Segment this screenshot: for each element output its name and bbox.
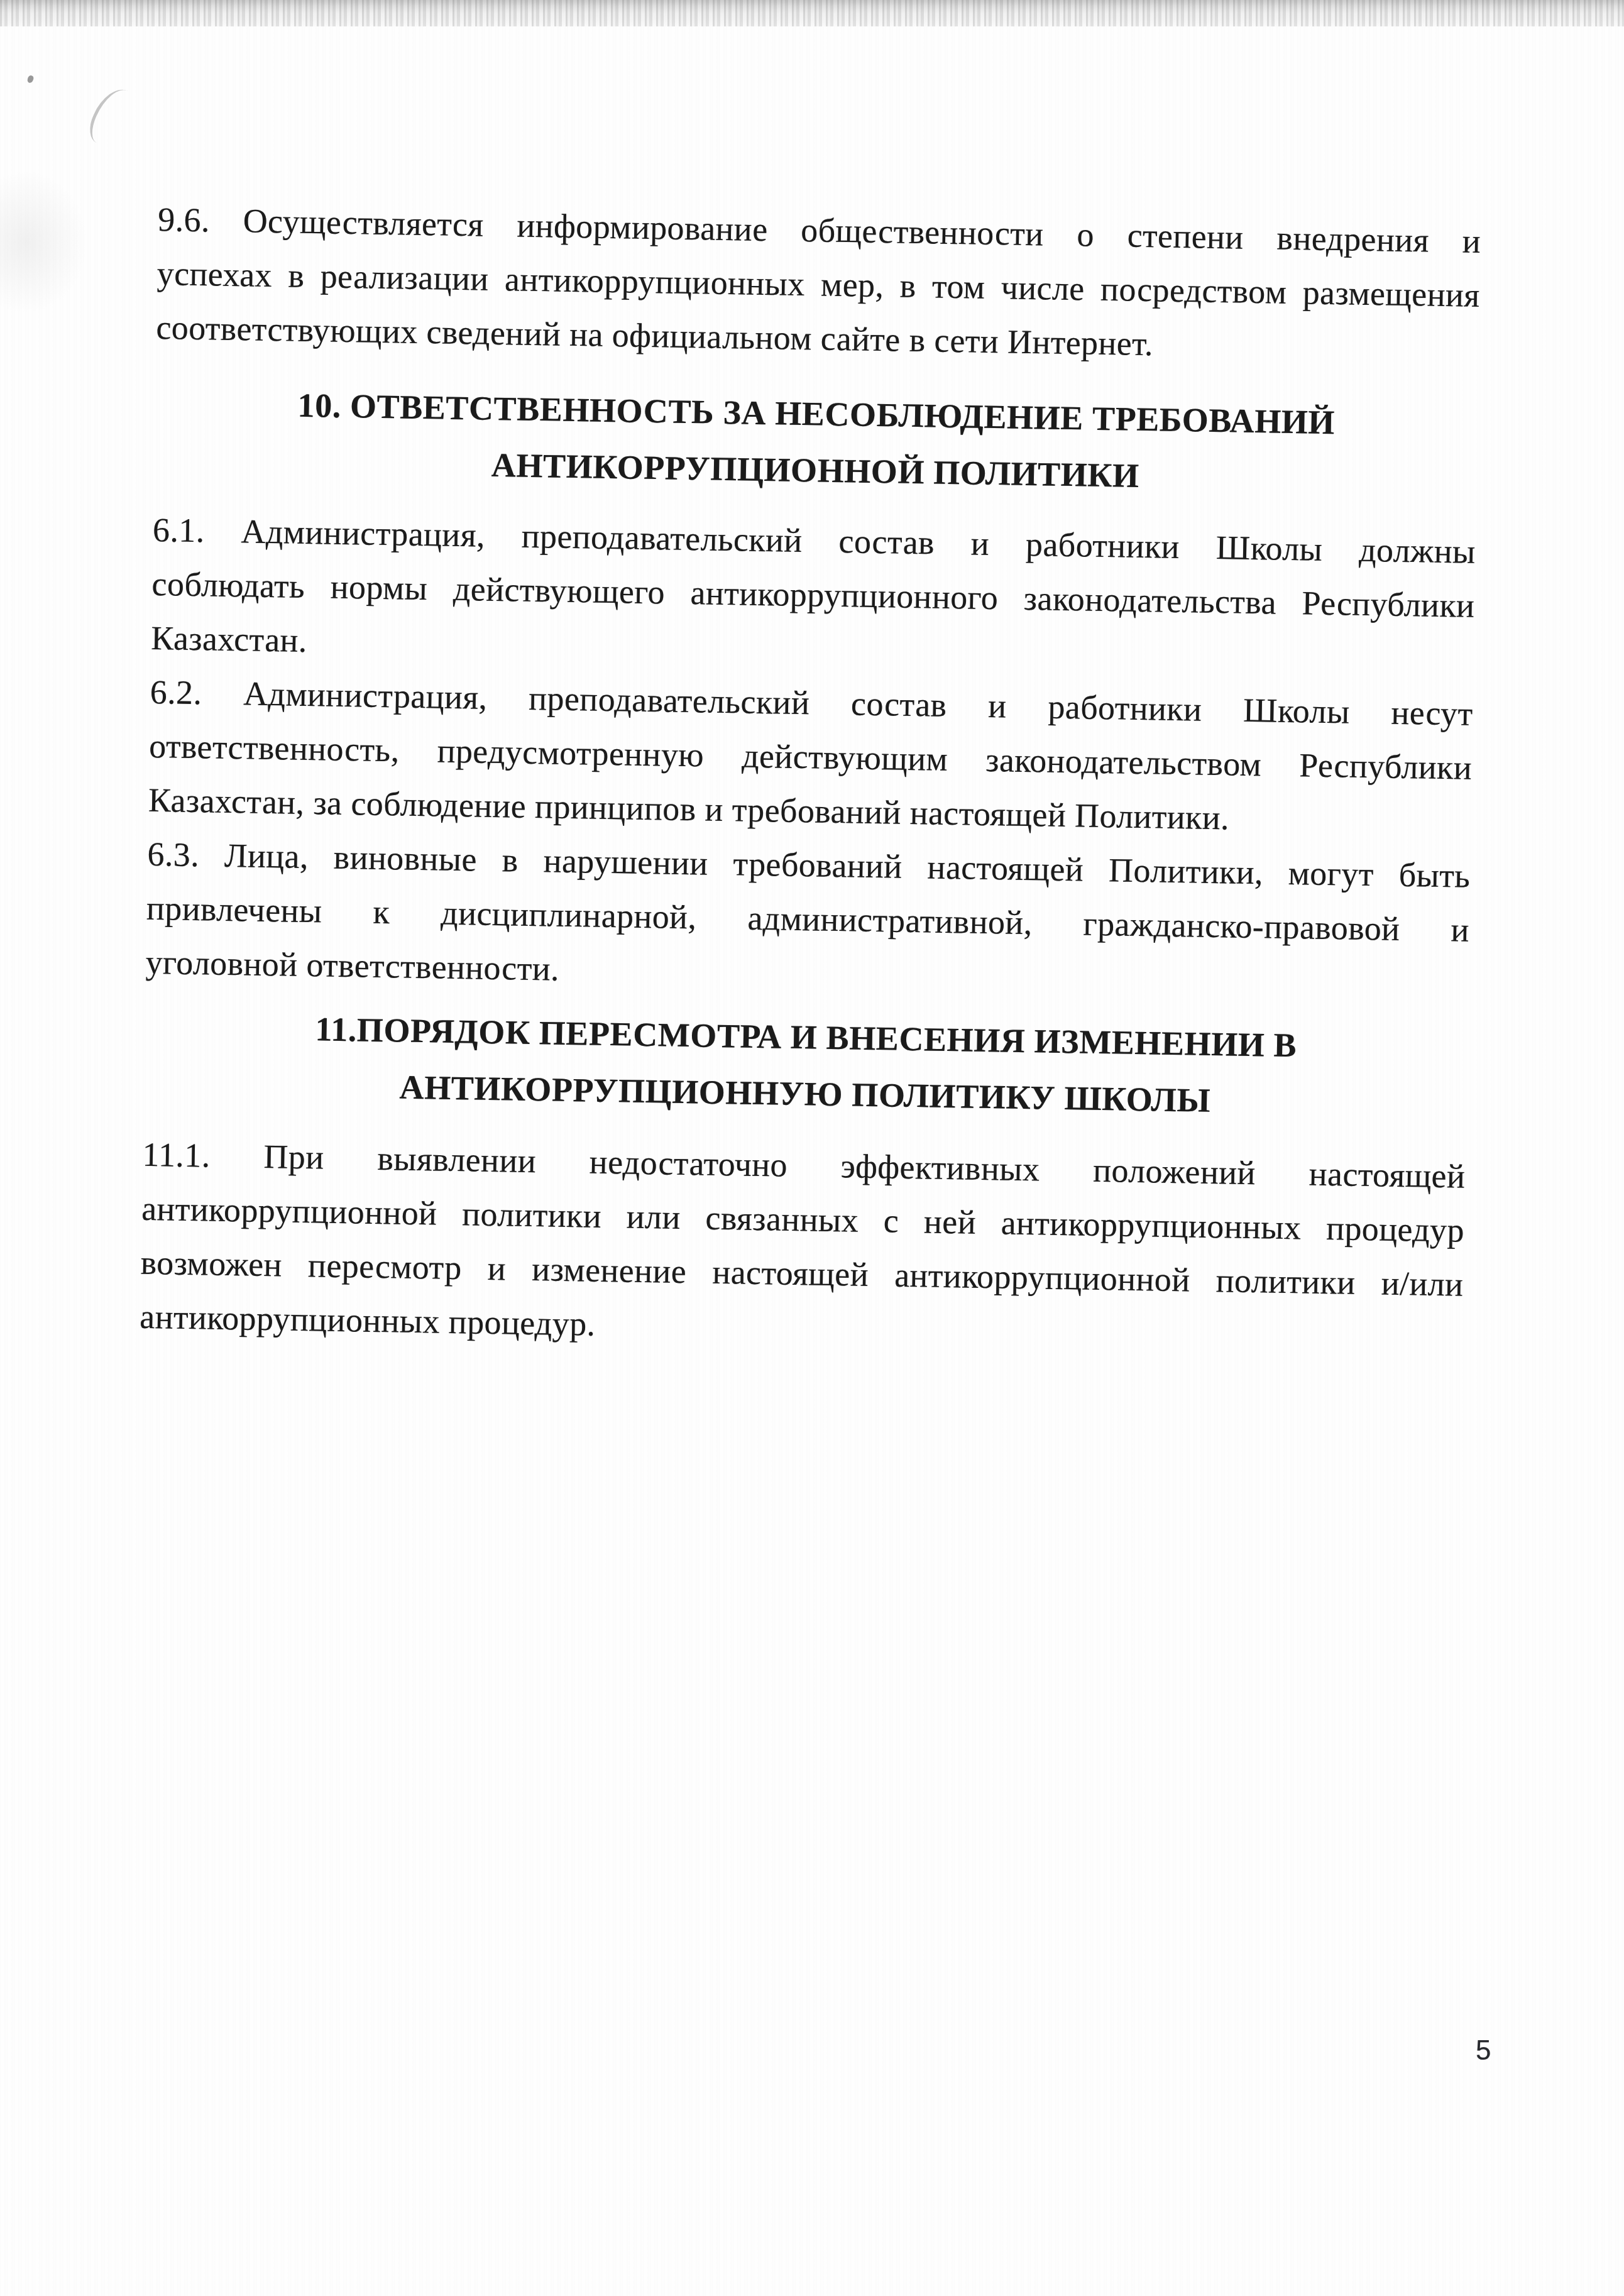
- document-content: 9.6. Осуществляется информирование общес…: [140, 192, 1481, 1366]
- pen-mark-artifact: [84, 82, 141, 152]
- scanned-document-page: 9.6. Осуществляется информирование общес…: [0, 0, 1624, 2296]
- scan-top-edge-artifact: [0, 0, 1624, 26]
- scan-smudge-artifact: [0, 170, 88, 314]
- heading-section-10: 10. ОТВЕТСТВЕННОСТЬ ЗА НЕСОБЛЮДЕНИЕ ТРЕБ…: [153, 375, 1478, 510]
- scan-speck-artifact: [27, 75, 35, 84]
- page-number: 5: [1476, 2035, 1491, 2067]
- paragraph-9-6: 9.6. Осуществляется информирование общес…: [156, 192, 1481, 376]
- paragraph-6-3: 6.3. Лица, виновные в нарушении требован…: [145, 827, 1471, 1011]
- paragraph-11-1: 11.1. При выявлении недостаточно эффекти…: [140, 1128, 1466, 1366]
- paragraph-6-2: 6.2. Администрация, преподавательский со…: [148, 665, 1473, 849]
- paragraph-6-1: 6.1. Администрация, преподавательский со…: [151, 503, 1476, 687]
- heading-section-11: 11.ПОРЯДОК ПЕРЕСМОТРА И ВНЕСЕНИЯ ИЗМЕНЕН…: [143, 998, 1468, 1133]
